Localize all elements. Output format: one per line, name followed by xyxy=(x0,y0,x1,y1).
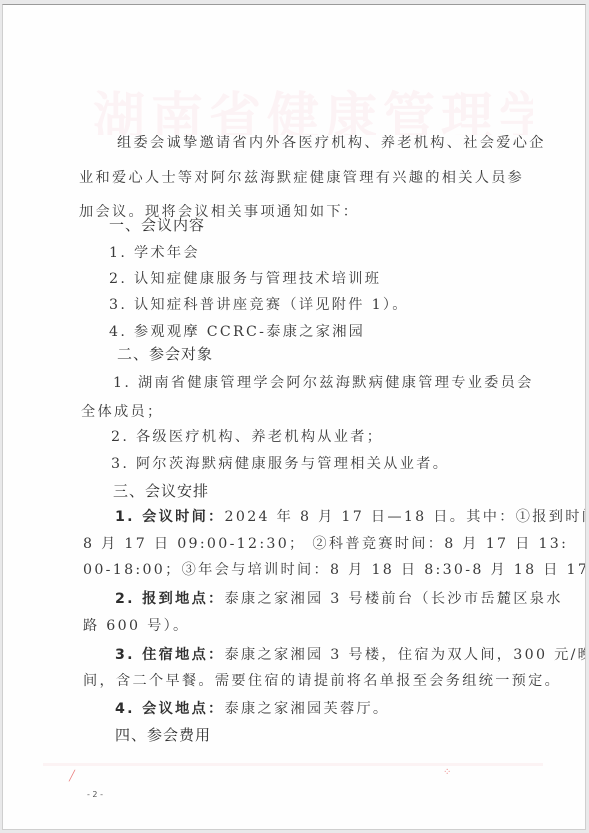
section-heading-meeting-content: 一、会议内容 xyxy=(109,215,205,235)
faint-background-title: 湖南省健康管理学会 xyxy=(93,75,533,135)
venue-line: 4. 会议地点：泰康之家湘园芙蓉厅。 xyxy=(115,699,389,719)
page-number: - 2 - xyxy=(87,790,103,799)
accommodation-value: 泰康之家湘园 3 号楼，住宿为双人间，300 元/晚 xyxy=(225,647,586,663)
accommodation-label: 3. 住宿地点： xyxy=(115,647,225,663)
participant-item-2: 2. 各级医疗机构、养老机构从业者； xyxy=(111,427,383,447)
red-stamp-fragment-left: ╱ xyxy=(69,771,75,782)
registration-line-1: 2. 报到地点：泰康之家湘园 3 号楼前台（长沙市岳麓区泉水 xyxy=(115,589,563,609)
accommodation-line-1: 3. 住宿地点：泰康之家湘园 3 号楼，住宿为双人间，300 元/晚 xyxy=(115,645,586,665)
faint-stamp-band xyxy=(43,763,543,766)
section-heading-arrangements: 三、会议安排 xyxy=(113,481,209,501)
venue-label: 4. 会议地点： xyxy=(115,701,225,717)
registration-value: 泰康之家湘园 3 号楼前台（长沙市岳麓区泉水 xyxy=(225,591,563,607)
meeting-time-line-3: 00-18:00；③年会与培训时间：8 月 18 日 8:30-8 月 18 日… xyxy=(83,560,586,580)
participant-item-3: 3. 阿尔茨海默病健康服务与管理相关从业者。 xyxy=(111,454,449,474)
section-heading-fees: 四、参会费用 xyxy=(115,725,211,745)
red-stamp-fragment-right: ⁘ xyxy=(443,767,451,778)
meeting-time-value: 2024 年 8 月 17 日—18 日。其中：①报到时间： xyxy=(225,509,586,525)
meeting-time-line-1: 1. 会议时间：2024 年 8 月 17 日—18 日。其中：①报到时间： xyxy=(115,507,586,527)
content-item-1: 1. 学术年会 xyxy=(109,243,200,263)
content-item-4: 4. 参观观摩 CCRC-泰康之家湘园 xyxy=(109,322,365,342)
registration-label: 2. 报到地点： xyxy=(115,591,225,607)
document-page: 湖南省健康管理学会 组委会诚挚邀请省内外各医疗机构、养老机构、社会爱心企 业和爱… xyxy=(2,4,586,830)
registration-line-2: 路 600 号）。 xyxy=(83,616,189,636)
content-item-2: 2. 认知症健康服务与管理技术培训班 xyxy=(109,269,381,289)
intro-line-1: 组委会诚挚邀请省内外各医疗机构、养老机构、社会爱心企 xyxy=(117,133,546,153)
accommodation-line-2: 间，含二个早餐。需要住宿的请提前将名单报至会务组统一预定。 xyxy=(83,671,561,691)
content-item-3: 3. 认知症科普讲座竞赛（详见附件 1）。 xyxy=(109,295,409,315)
meeting-time-label: 1. 会议时间： xyxy=(115,509,225,525)
meeting-time-line-2: 8 月 17 日 09:00-12:30； ②科普竞赛时间：8 月 17 日 1… xyxy=(83,534,568,554)
participant-item-1-cont: 全体成员； xyxy=(81,402,163,422)
section-heading-participants: 二、参会对象 xyxy=(117,344,213,364)
participant-item-1: 1. 湖南省健康管理学会阿尔兹海默病健康管理专业委员会 xyxy=(113,373,534,393)
intro-line-2: 业和爱心人士等对阿尔兹海默症健康管理有兴趣的相关人员参 xyxy=(79,168,524,188)
venue-value: 泰康之家湘园芙蓉厅。 xyxy=(225,701,390,717)
